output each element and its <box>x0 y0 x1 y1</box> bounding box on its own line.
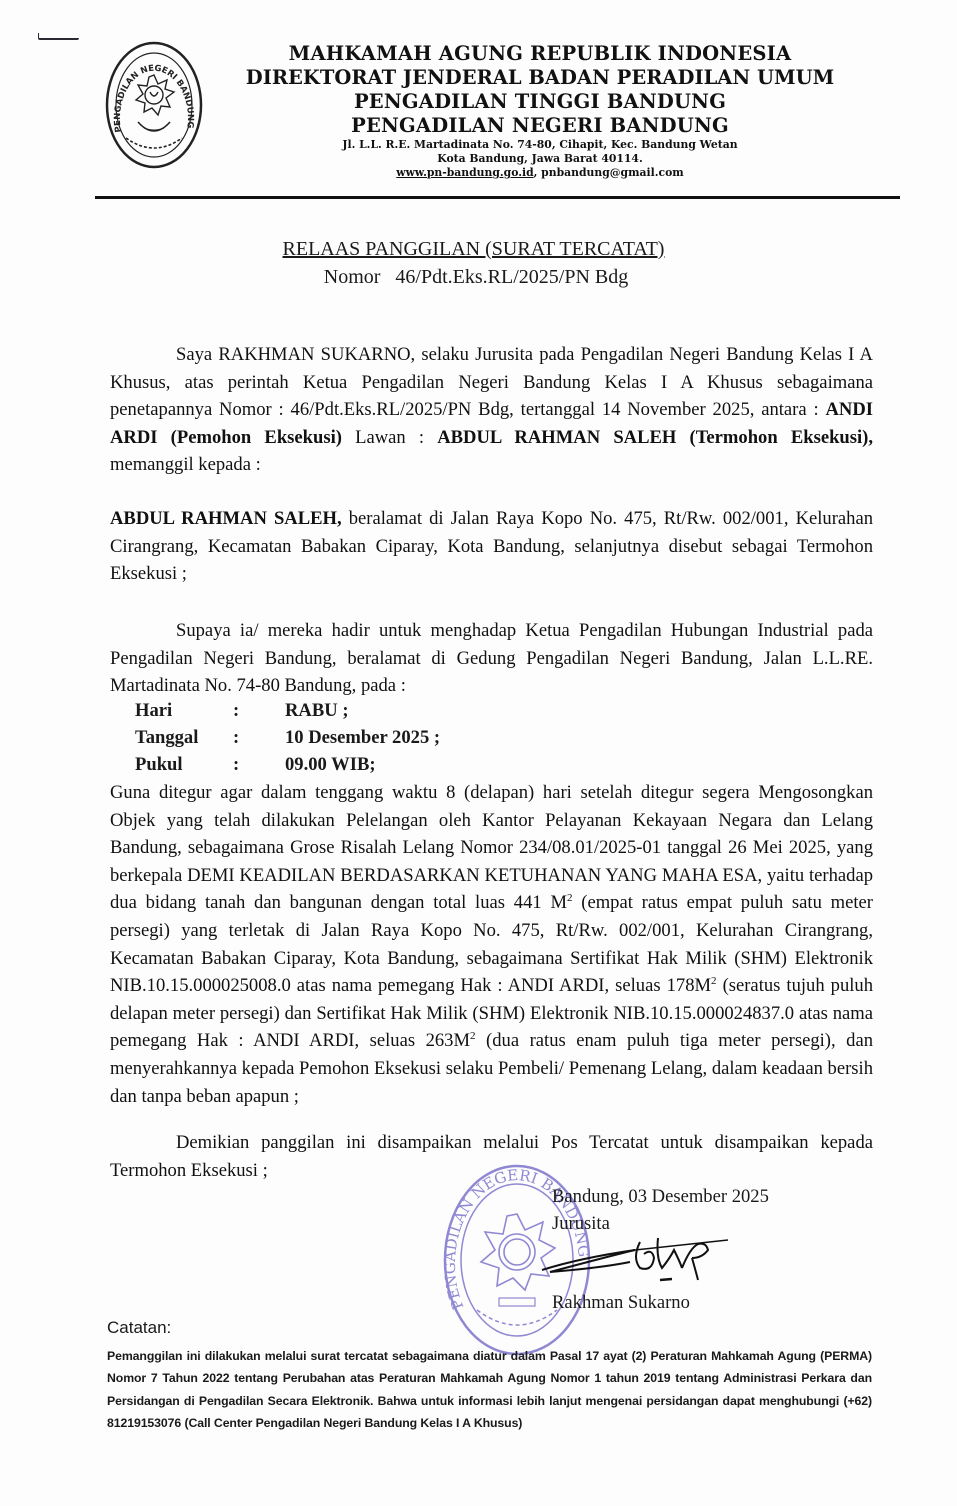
letterhead-line-2: DIREKTORAT JENDERAL BADAN PERADILAN UMUM <box>220 66 860 90</box>
schedule-label: Hari <box>135 697 233 724</box>
paragraph-respondent: ABDUL RAHMAN SALEH, beralamat di Jalan R… <box>110 505 873 588</box>
schedule-label: Pukul <box>135 751 233 778</box>
schedule-label: Tanggal <box>135 724 233 751</box>
schedule-row: Pukul:09.00 WIB; <box>135 751 440 778</box>
opening-text: Saya RAKHMAN SUKARNO, selaku Jurusita pa… <box>110 344 873 420</box>
letterhead-line-4: PENGADILAN NEGERI BANDUNG <box>220 114 860 138</box>
versus-text: Lawan : <box>342 427 437 448</box>
signatory-name: Rakhman Sukarno <box>552 1289 690 1316</box>
schedule-value: RABU ; <box>285 697 349 724</box>
opening-end: memanggil kepada : <box>110 454 261 475</box>
schedule-colon: : <box>233 751 285 778</box>
respondent-name-bold: ABDUL RAHMAN SALEH, <box>110 508 342 529</box>
number-label: Nomor <box>324 266 381 288</box>
corner-mark <box>38 33 79 40</box>
letterhead-address-2: Kota Bandung, Jawa Barat 40114. <box>220 152 860 166</box>
letterhead-divider <box>95 196 900 199</box>
schedule-row: Tanggal:10 Desember 2025 ; <box>135 724 440 751</box>
document-number: Nomor 46/Pdt.Eks.RL/2025/PN Bdg <box>0 263 957 291</box>
paragraph-opening: Saya RAKHMAN SUKARNO, selaku Jurusita pa… <box>110 341 873 479</box>
schedule-value: 09.00 WIB; <box>285 751 376 778</box>
schedule-table: Hari:RABU ; Tanggal:10 Desember 2025 ; P… <box>135 697 440 778</box>
schedule-colon: : <box>233 697 285 724</box>
respondent-name: ABDUL RAHMAN SALEH (Termohon Eksekusi), <box>437 427 873 448</box>
document-heading: RELAAS PANGGILAN (SURAT TERCATAT) <box>0 235 957 263</box>
note-text: Pemanggilan ini dilakukan melalui surat … <box>107 1345 872 1435</box>
letterhead-line-1: MAHKAMAH AGUNG REPUBLIK INDONESIA <box>220 42 860 66</box>
signature-place-date: Bandung, 03 Desember 2025 <box>552 1183 769 1210</box>
document-page: PENGADILAN NEGERI BANDUNG MAHKAMAH AGUNG… <box>0 0 957 1506</box>
handwritten-signature-icon <box>540 1228 730 1288</box>
schedule-colon: : <box>233 724 285 751</box>
svg-text:PENGADILAN NEGERI BANDUNG: PENGADILAN NEGERI BANDUNG <box>113 64 195 133</box>
summons-text: Supaya ia/ mereka hadir untuk menghadap … <box>110 620 873 696</box>
website-link[interactable]: www.pn-bandung.go.id <box>396 166 533 179</box>
number-value: 46/Pdt.Eks.RL/2025/PN Bdg <box>395 266 628 288</box>
email-address: pnbandung@gmail.com <box>541 166 684 179</box>
letterhead-line-3: PENGADILAN TINGGI BANDUNG <box>220 90 860 114</box>
paragraph-execution: Guna ditegur agar dalam tenggang waktu 8… <box>110 779 873 1110</box>
court-emblem-icon: PENGADILAN NEGERI BANDUNG <box>104 40 204 170</box>
document-title: RELAAS PANGGILAN (SURAT TERCATAT) Nomor … <box>0 235 957 291</box>
letterhead-contact: www.pn-bandung.go.id, pnbandung@gmail.co… <box>220 166 860 180</box>
paragraph-summons: Supaya ia/ mereka hadir untuk menghadap … <box>110 617 873 700</box>
schedule-value: 10 Desember 2025 ; <box>285 724 440 751</box>
letterhead: MAHKAMAH AGUNG REPUBLIK INDONESIA DIREKT… <box>220 42 860 180</box>
note-title: Catatan: <box>107 1318 171 1338</box>
schedule-row: Hari:RABU ; <box>135 697 440 724</box>
letterhead-address-1: Jl. L.L. R.E. Martadinata No. 74-80, Cih… <box>220 138 860 152</box>
